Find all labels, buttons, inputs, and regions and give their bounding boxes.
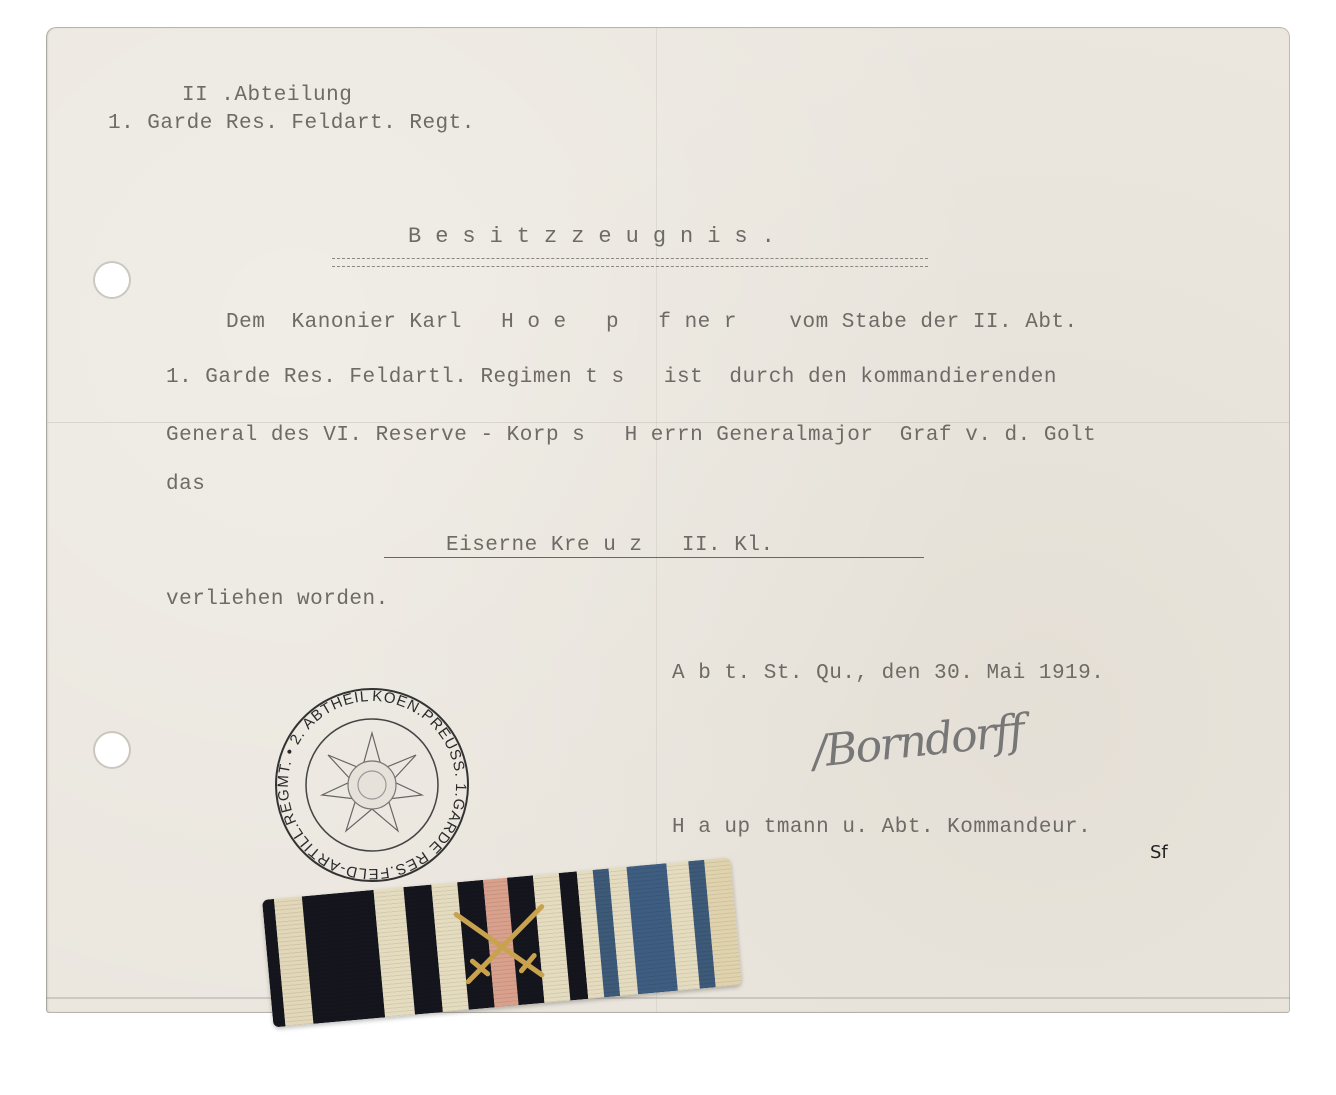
header-regiment: 1. Garde Res. Feldart. Regt.: [108, 112, 475, 135]
punch-hole-top-icon: [95, 263, 129, 297]
paper-bottom-fold: [46, 997, 1290, 999]
ribbon-stripe: [302, 890, 385, 1024]
rank-title: H a up tmann u. Abt. Kommandeur.: [672, 816, 1091, 839]
pencil-mark: Sf: [1150, 842, 1168, 863]
punch-hole-bottom-icon: [95, 733, 129, 767]
paper-fold-horizontal: [46, 422, 1290, 423]
body-line-1: Dem Kanonier Karl H o e p f ne r vom Sta…: [226, 311, 1078, 334]
title-rule-bottom: [332, 266, 928, 267]
header-division: II .Abteilung: [182, 84, 352, 107]
document-title: Besitzzeugnis.: [408, 224, 789, 249]
title-rule-top: [332, 258, 928, 259]
regimental-stamp-icon: KOEN.PREUSS. 1.GARDE RES.FELD-ARTILL.REG…: [272, 687, 472, 883]
award-underline: [384, 557, 924, 558]
place-date: A b t. St. Qu., den 30. Mai 1919.: [672, 662, 1104, 685]
body-line-2: 1. Garde Res. Feldartl. Regimen t s ist …: [166, 366, 1057, 389]
crossed-swords-icon: [443, 896, 561, 996]
body-line-4: das: [166, 473, 205, 496]
award-name: Eiserne Kre u z II. Kl.: [446, 534, 774, 557]
body-line-3: General des VI. Reserve - Korp s H errn …: [166, 424, 1096, 447]
closing-text: verliehen worden.: [166, 588, 389, 611]
